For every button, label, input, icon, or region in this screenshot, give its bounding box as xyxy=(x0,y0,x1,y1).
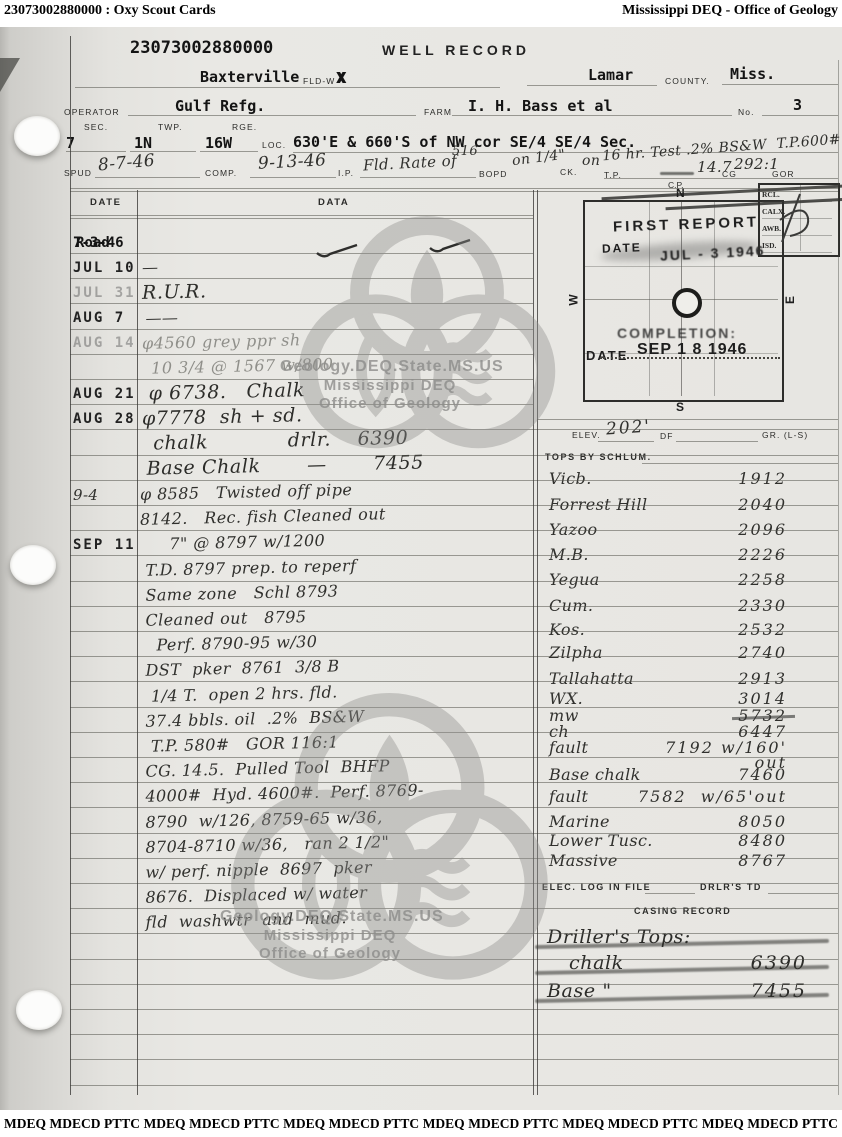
rule-line xyxy=(70,1034,838,1035)
elev-label: ELEV. xyxy=(572,430,601,440)
rule-line xyxy=(70,1085,838,1086)
completion-stamp: COMPLETION: xyxy=(617,325,737,341)
footer-org-label: MDECD xyxy=(329,1116,380,1132)
twp-value: 1N xyxy=(134,134,152,152)
log-row-date: AUG 21 xyxy=(70,386,136,402)
formation-name: Kos. xyxy=(549,620,585,639)
elev-gr-label: GR. (L-S) xyxy=(762,430,808,440)
footer-org-label: MDECD xyxy=(189,1116,240,1132)
rule-line xyxy=(70,191,838,192)
watermark-url: Geology.DEQ.State.MS.US xyxy=(280,358,500,376)
rule-line xyxy=(70,656,838,657)
date-column-header: DATE xyxy=(90,197,122,208)
field-name-value: Baxterville xyxy=(200,68,299,86)
formation-name: Zilpha xyxy=(549,643,603,662)
tops-row: Yazoo 2096 xyxy=(545,520,813,544)
rule-line xyxy=(70,1059,838,1060)
formation-depth: 2740 xyxy=(738,643,787,662)
field-label: FLD-W xyxy=(303,76,335,86)
formation-name: Lower Tusc. xyxy=(549,831,653,850)
rule-line xyxy=(70,530,838,531)
viewer-header-left: 23073002880000 : Oxy Scout Cards xyxy=(4,3,216,19)
rule-line xyxy=(70,480,838,481)
rule-line xyxy=(70,1009,838,1010)
footer-org-label: MDECD xyxy=(608,1116,659,1132)
spud-label: SPUD xyxy=(64,168,92,178)
column-divider xyxy=(838,60,839,1095)
formation-depth: 2532 xyxy=(738,620,787,639)
field-strike-x: X xyxy=(336,69,343,87)
tops-row: Forrest Hill 2040 xyxy=(545,495,813,519)
ms-deq-logo-watermark xyxy=(292,212,562,455)
rule-line xyxy=(70,681,838,682)
operator-value: Gulf Refg. xyxy=(175,97,265,115)
well-no-label: No. xyxy=(738,107,755,117)
farm-value: I. H. Bass et al xyxy=(468,97,613,115)
log-row-date: SEP 11 xyxy=(70,537,136,553)
footer-org-label: MDEQ xyxy=(702,1116,744,1132)
hole-punch xyxy=(16,990,62,1030)
log-row-text: Road xyxy=(70,235,110,251)
data-column-header: DATA xyxy=(318,197,349,208)
rule-line xyxy=(70,631,838,632)
watermark-office: Office of Geology xyxy=(280,395,500,412)
state-value: Miss. xyxy=(730,65,775,83)
operator-label: OPERATOR xyxy=(64,107,120,117)
footer-org-label: PTTC xyxy=(383,1116,419,1132)
hole-punch xyxy=(10,545,56,585)
well-no-value: 3 xyxy=(793,96,802,114)
formation-name: Marine xyxy=(549,812,610,831)
formation-name: Yegua xyxy=(549,570,600,589)
formation-depth: 8767 xyxy=(738,851,787,870)
rule-line xyxy=(70,606,838,607)
formation-name: Tallahatta xyxy=(549,669,634,688)
log-row-date: AUG 14 xyxy=(70,335,136,351)
footer-org-label: PTTC xyxy=(802,1116,838,1132)
casing-row: chalk 6390 xyxy=(545,952,825,979)
footer-org-label: MDEQ xyxy=(423,1116,465,1132)
compass-east: E xyxy=(783,296,797,304)
log-row-date: JUL 10 xyxy=(70,260,136,276)
loc-label: LOC. xyxy=(262,140,286,150)
well-location-circle xyxy=(672,288,702,318)
tops-row: Yegua 2258 xyxy=(545,570,813,594)
footer-org-label: MDECD xyxy=(468,1116,519,1132)
tops-row: Vicb. 1912 xyxy=(545,469,813,493)
tops-row: M.B. 2226 xyxy=(545,545,813,569)
footer-org-label: PTTC xyxy=(662,1116,698,1132)
footer-org-label: MDEQ xyxy=(4,1116,46,1132)
compass-west: W xyxy=(567,294,581,305)
casing-row: Driller's Tops: xyxy=(545,926,825,953)
county-value: Lamar xyxy=(588,66,633,84)
elev-df-label: DF xyxy=(660,431,674,441)
ck-on-value: on xyxy=(582,153,600,169)
footer-org-label: MDEQ xyxy=(144,1116,186,1132)
formation-depth: 2913 xyxy=(738,669,787,688)
footer-org-label: MDEQ xyxy=(283,1116,325,1132)
twp-label: TWP. xyxy=(158,122,183,132)
county-label: COUNTY. xyxy=(665,76,710,86)
ip-rate-value: 516 xyxy=(452,144,478,159)
completion-date-label: DATE xyxy=(586,348,628,363)
column-divider xyxy=(70,36,71,1095)
formation-depth: 7582 w/65'out xyxy=(638,787,787,806)
watermark-url: Geology.DEQ.State.MS.US xyxy=(220,908,440,926)
footer-org-label: MDEQ xyxy=(562,1116,604,1132)
rule-line xyxy=(70,505,838,506)
rule-line xyxy=(70,581,838,582)
viewer-header-right: Mississippi DEQ - Office of Geology xyxy=(622,3,838,19)
ip-label: I.P. xyxy=(338,168,354,178)
log-row-date: JUL 31 xyxy=(70,285,136,301)
footer-org-label: MDECD xyxy=(50,1116,101,1132)
tops-row: Zilpha 2740 xyxy=(545,643,813,667)
formation-depth: 8480 xyxy=(738,831,787,850)
column-divider xyxy=(137,190,138,1095)
tops-row: Base chalk 7460 xyxy=(545,765,813,789)
comp-label: COMP. xyxy=(205,168,237,178)
rule-line xyxy=(70,555,838,556)
log-row-date: AUG 28 xyxy=(70,411,136,427)
rge-label: RGE. xyxy=(232,122,257,132)
casing-row-name: chalk xyxy=(547,952,624,974)
formation-depth: 2258 xyxy=(738,570,787,589)
footer-org-label: PTTC xyxy=(523,1116,559,1132)
compass-south: S xyxy=(676,400,684,414)
comp-value: 9-13-46 xyxy=(258,150,327,174)
casing-row-depth: 6390 xyxy=(751,952,807,974)
ck-label: CK. xyxy=(560,167,577,177)
tops-row: Cum. 2330 xyxy=(545,596,813,620)
footer-org-label: MDECD xyxy=(747,1116,798,1132)
hole-punch xyxy=(14,116,60,156)
formation-name: Base chalk xyxy=(549,765,641,784)
bopd-label: BOPD xyxy=(479,169,508,179)
formation-name: Massive xyxy=(549,851,618,870)
rge-value: 16W xyxy=(205,134,232,152)
log-row-date: 9-4 xyxy=(70,486,134,504)
viewer-footer-bar: MDEQMDECDPTTCMDEQMDECDPTTCMDEQMDECDPTTCM… xyxy=(0,1110,842,1137)
watermark-agency: Mississippi DEQ xyxy=(220,927,440,944)
farm-label: FARM xyxy=(424,107,452,117)
watermark-office: Office of Geology xyxy=(220,945,440,962)
elev-value: 202' xyxy=(605,416,651,439)
first-report-date-label: DATE xyxy=(602,240,642,255)
sec-label: SEC. xyxy=(84,122,108,132)
formation-depth: 8050 xyxy=(738,812,787,831)
formation-name: Vicb. xyxy=(549,469,592,488)
scan-corner-fold xyxy=(0,58,20,92)
log-row-date: AUG 7 xyxy=(70,310,134,326)
page: { "header_bar": { "left": "2307300288000… xyxy=(0,0,842,1137)
viewer-header-bar: 23073002880000 : Oxy Scout Cards Mississ… xyxy=(0,0,842,27)
formation-depth: 1912 xyxy=(738,469,787,488)
footer-org-label: PTTC xyxy=(244,1116,280,1132)
rule-line xyxy=(70,188,838,189)
footer-org-label: PTTC xyxy=(104,1116,140,1132)
tops-row: Kos. 2532 xyxy=(545,620,813,644)
casing-row-name: Driller's Tops: xyxy=(547,926,691,948)
formation-depth: 7460 xyxy=(738,765,787,784)
form-title: WELL RECORD xyxy=(382,42,530,58)
watermark-agency: Mississippi DEQ xyxy=(280,377,500,394)
pen-scribble-mark xyxy=(770,192,820,248)
api-number: 23073002880000 xyxy=(130,38,273,58)
tops-row: Massive 8767 xyxy=(545,851,813,875)
